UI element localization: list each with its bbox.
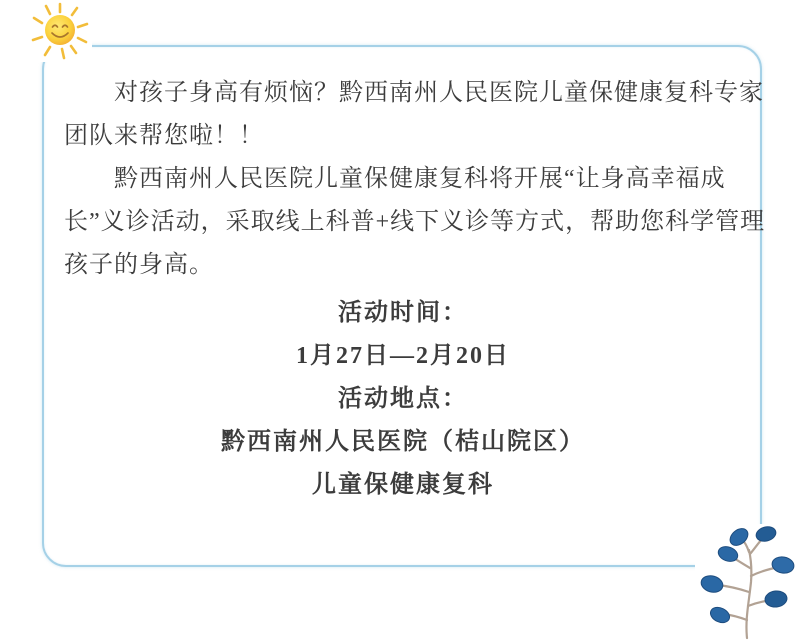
event-time-value: 1月27日—2月20日 (64, 335, 742, 378)
paragraph-line: 黔西南州人民医院儿童保健康复科将开展“让身高幸福成 (64, 158, 742, 201)
event-department: 儿童保健康复科 (64, 464, 742, 507)
event-place-value: 黔西南州人民医院（桔山院区） (64, 421, 742, 464)
paragraph-line: 团队来帮您啦！！ (64, 115, 742, 158)
paragraph-line: 对孩子身高有烦恼？黔西南州人民医院儿童保健康复科专家 (64, 72, 742, 115)
event-time-label: 活动时间： (64, 292, 742, 335)
paragraph-line: 长”义诊活动，采取线上科普+线下义诊等方式，帮助您科学管理 (64, 201, 742, 244)
paragraph-line: 孩子的身高。 (64, 244, 742, 287)
plant-icon (695, 524, 800, 640)
event-place-label: 活动地点： (64, 378, 742, 421)
flyer-body-text: 对孩子身高有烦恼？黔西南州人民医院儿童保健康复科专家 团队来帮您啦！！ 黔西南州… (64, 72, 742, 507)
sun-icon (24, 0, 92, 62)
